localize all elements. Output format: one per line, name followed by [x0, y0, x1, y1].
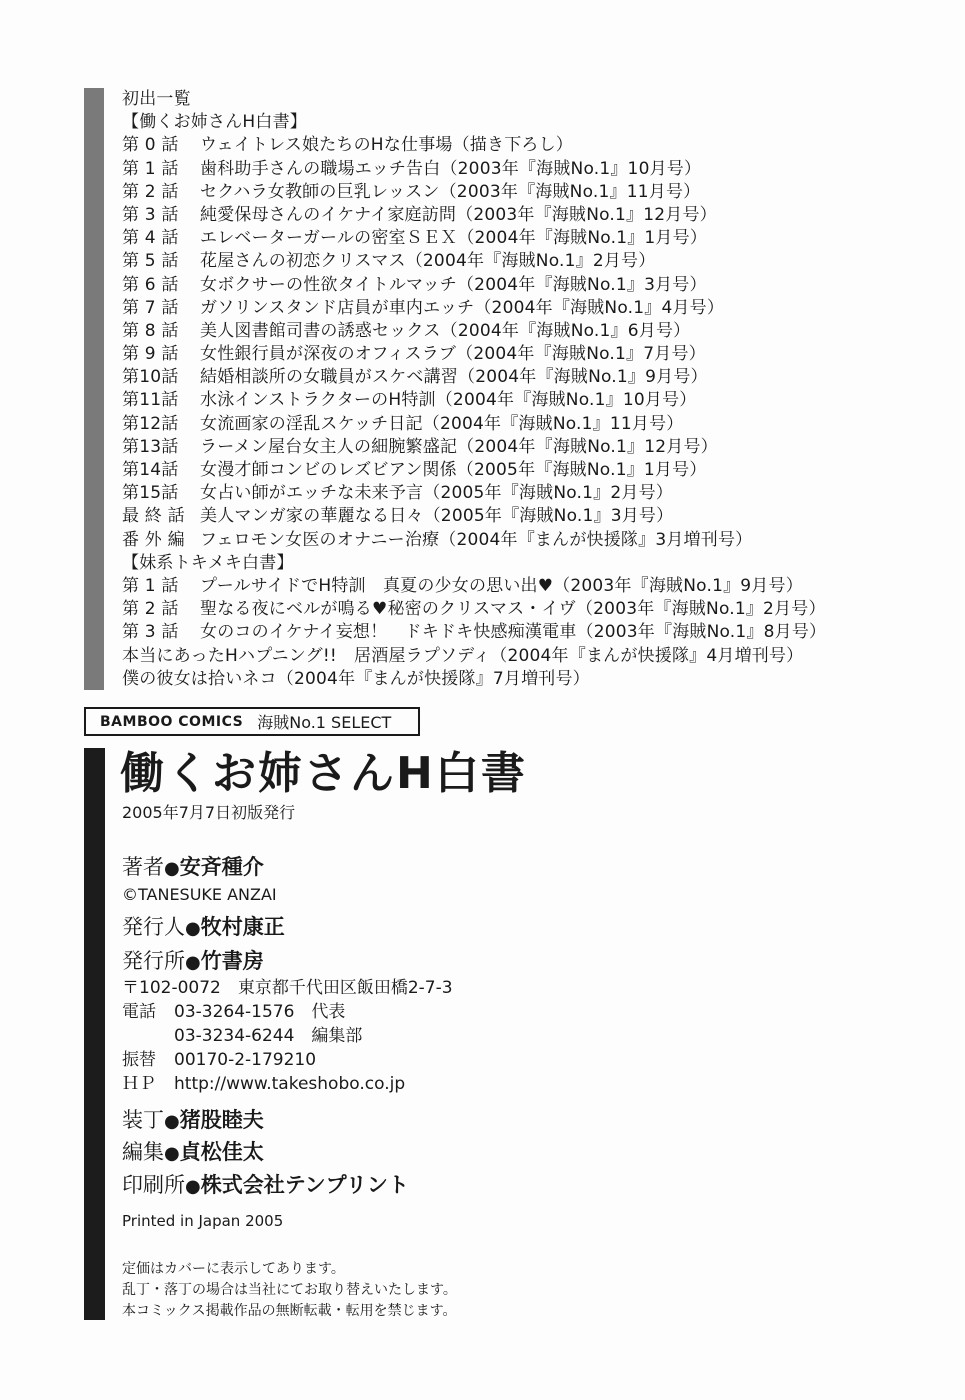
- episode-entry: 第15話女占い師がエッチな未来予言（2005年『海賊No.1』2月号）: [122, 482, 922, 505]
- episode-number: 最 終 話: [122, 505, 200, 528]
- bullet-icon: ●: [164, 1111, 180, 1132]
- episode-number: 第13話: [122, 436, 200, 459]
- episode-number: 第 3 話: [122, 621, 200, 644]
- episode-title: 水泳インストラクターのH特訓（2004年『海賊No.1』10月号）: [200, 390, 696, 410]
- credit-author: 著者●安斉種介 ©TANESUKE ANZAI: [122, 852, 277, 906]
- episode-entry: 第 1 話歯科助手さんの職場エッチ告白（2003年『海賊No.1』10月号）: [122, 158, 922, 181]
- episode-entry: 第 1 話プールサイドでH特訓 真夏の少女の思い出♥（2003年『海賊No.1』…: [122, 575, 922, 598]
- episode-title: 女流画家の淫乱スケッチ日記（2004年『海賊No.1』11月号）: [200, 414, 683, 434]
- episode-title: エレベーターガールの密室ＳＥＸ（2004年『海賊No.1』1月号）: [200, 228, 707, 248]
- episode-entry: 第 6 話女ボクサーの性欲タイトルマッチ（2004年『海賊No.1』3月号）: [122, 274, 922, 297]
- credit-value: 猪股睦夫: [180, 1108, 264, 1132]
- episode-entry: 番 外 編フェロモン女医のオナニー治療（2004年『まんが快援隊』3月増刊号）: [122, 529, 922, 552]
- episode-entry: 第 9 話女性銀行員が深夜のオフィスラブ（2004年『海賊No.1』7月号）: [122, 343, 922, 366]
- episode-title: 純愛保母さんのイケナイ家庭訪問（2003年『海賊No.1』12月号）: [200, 205, 717, 225]
- transfer-number: 00170-2-179210: [174, 1050, 316, 1070]
- episode-entry: 第 0 話ウェイトレス娘たちのHな仕事場（描き下ろし）: [122, 134, 922, 157]
- first-publication-list: 初出一覧 【働くお姉さんH白書】 第 0 話ウェイトレス娘たちのHな仕事場（描き…: [122, 88, 922, 691]
- credit-value: 牧村康正: [201, 915, 285, 939]
- credit-editor: 編集●貞松佳太: [122, 1137, 264, 1169]
- section-title: 【働くお姉さんH白書】: [122, 111, 922, 134]
- episode-number: 第 2 話: [122, 598, 200, 621]
- episode-number: 番 外 編: [122, 529, 200, 552]
- imprint-box: BAMBOO COMICS 海賊No.1 SELECT: [84, 707, 420, 736]
- episode-number: 第15話: [122, 482, 200, 505]
- episode-title: フェロモン女医のオナニー治療（2004年『まんが快援隊』3月増刊号）: [200, 530, 752, 550]
- notice-price: 定価はカバーに表示してあります。: [122, 1259, 457, 1280]
- episode-number: 第11話: [122, 389, 200, 412]
- printed-in-japan: Printed in Japan 2005: [122, 1212, 283, 1230]
- episode-entry: 第 2 話セクハラ女教師の巨乳レッスン（2003年『海賊No.1』11月号）: [122, 181, 922, 204]
- phone-label: 電話: [122, 1000, 174, 1024]
- episode-entry: 第14話女漫才師コンビのレズビアン関係（2005年『海賊No.1』1月号）: [122, 459, 922, 482]
- episode-number: 第12話: [122, 413, 200, 436]
- episode-title: 花屋さんの初恋クリスマス（2004年『海賊No.1』2月号）: [200, 251, 655, 271]
- homepage-link[interactable]: http://www.takeshobo.co.jp: [174, 1074, 405, 1094]
- credit-publisher: 発行所●竹書房: [122, 946, 264, 978]
- episode-title: 女性銀行員が深夜のオフィスラブ（2004年『海賊No.1』7月号）: [200, 344, 706, 364]
- extra-entry: 本当にあったHハプニング!! 居酒屋ラプソディ（2004年『まんが快援隊』4月増…: [122, 645, 922, 668]
- episode-title: ウェイトレス娘たちのHな仕事場（描き下ろし）: [200, 135, 573, 155]
- notice-replacement: 乱丁・落丁の場合は当社にてお取り替えいたします。: [122, 1280, 457, 1301]
- credit-label: 発行人: [122, 915, 185, 939]
- episode-number: 第10話: [122, 366, 200, 389]
- episode-entry: 第 7 話ガソリンスタンド店員が車内エッチ（2004年『海賊No.1』4月号）: [122, 297, 922, 320]
- episode-number: 第 6 話: [122, 274, 200, 297]
- credit-value: 貞松佳太: [180, 1140, 264, 1164]
- episode-number: 第 1 話: [122, 575, 200, 598]
- episode-title: ガソリンスタンド店員が車内エッチ（2004年『海賊No.1』4月号）: [200, 298, 724, 318]
- episode-number: 第 3 話: [122, 204, 200, 227]
- episode-title: 女占い師がエッチな未来予言（2005年『海賊No.1』2月号）: [200, 483, 673, 503]
- episode-title: 美人マンガ家の華麗なる日々（2005年『海賊No.1』3月号）: [200, 506, 673, 526]
- grey-side-bar: [84, 88, 104, 690]
- episode-entry: 最 終 話美人マンガ家の華麗なる日々（2005年『海賊No.1』3月号）: [122, 505, 922, 528]
- episode-entry: 第12話女流画家の淫乱スケッチ日記（2004年『海賊No.1』11月号）: [122, 413, 922, 436]
- episode-title: セクハラ女教師の巨乳レッスン（2003年『海賊No.1』11月号）: [200, 182, 700, 202]
- credit-label: 発行所: [122, 949, 185, 973]
- credit-design: 装丁●猪股睦夫: [122, 1105, 264, 1137]
- credit-printer: 印刷所●株式会社テンプリント: [122, 1170, 409, 1202]
- section-entries: 第 0 話ウェイトレス娘たちのHな仕事場（描き下ろし）第 1 話歯科助手さんの職…: [122, 134, 922, 551]
- credit-label: 編集: [122, 1140, 164, 1164]
- book-title: 働くお姉さんH白書: [120, 748, 527, 800]
- episode-number: 第14話: [122, 459, 200, 482]
- episode-entry: 第11話水泳インストラクターのH特訓（2004年『海賊No.1』10月号）: [122, 389, 922, 412]
- episode-title: 結婚相談所の女職員がスケベ講習（2004年『海賊No.1』9月号）: [200, 367, 708, 387]
- bullet-icon: ●: [185, 1176, 201, 1197]
- black-side-bar: [84, 748, 105, 1320]
- episode-title: 女ボクサーの性欲タイトルマッチ（2004年『海賊No.1』3月号）: [200, 275, 707, 295]
- episode-entry: 第10話結婚相談所の女職員がスケベ講習（2004年『海賊No.1』9月号）: [122, 366, 922, 389]
- transfer-label: 振替: [122, 1048, 174, 1072]
- episode-title: プールサイドでH特訓 真夏の少女の思い出♥（2003年『海賊No.1』9月号）: [200, 576, 803, 596]
- bullet-icon: ●: [185, 952, 201, 973]
- episode-entry: 第 8 話美人図書館司書の誘惑セックス（2004年『海賊No.1』6月号）: [122, 320, 922, 343]
- episode-title: 歯科助手さんの職場エッチ告白（2003年『海賊No.1』10月号）: [200, 159, 701, 179]
- phone-main: 03-3264-1576 代表: [174, 1002, 345, 1022]
- episode-number: 第 9 話: [122, 343, 200, 366]
- credit-value: 竹書房: [201, 949, 264, 973]
- publisher-address: 〒102-0072 東京都千代田区飯田橋2-7-3 電話03-3264-1576…: [122, 976, 453, 1096]
- bullet-icon: ●: [164, 858, 180, 879]
- bullet-icon: ●: [185, 918, 201, 939]
- credit-value: 安斉種介: [180, 855, 264, 879]
- episode-number: 第 7 話: [122, 297, 200, 320]
- copyright: ©TANESUKE ANZAI: [122, 884, 277, 906]
- episode-number: 第 0 話: [122, 134, 200, 157]
- episode-entry: 第 2 話聖なる夜にベルが鳴る♥秘密のクリスマス・イヴ（2003年『海賊No.1…: [122, 598, 922, 621]
- episode-title: 女漫才師コンビのレズビアン関係（2005年『海賊No.1』1月号）: [200, 460, 707, 480]
- credit-value: 株式会社テンプリント: [201, 1173, 409, 1197]
- episode-entry: 第 3 話純愛保母さんのイケナイ家庭訪問（2003年『海賊No.1』12月号）: [122, 204, 922, 227]
- episode-entry: 第 5 話花屋さんの初恋クリスマス（2004年『海賊No.1』2月号）: [122, 250, 922, 273]
- publish-date: 2005年7月7日初版発行: [122, 800, 295, 823]
- extra-entry: 僕の彼女は拾いネコ（2004年『まんが快援隊』7月増刊号）: [122, 668, 922, 691]
- episode-number: 第 5 話: [122, 250, 200, 273]
- notice-copyright: 本コミックス掲載作品の無断転載・転用を禁じます。: [122, 1301, 457, 1322]
- episode-entry: 第13話ラーメン屋台女主人の細腕繁盛記（2004年『海賊No.1』12月号）: [122, 436, 922, 459]
- episode-title: 聖なる夜にベルが鳴る♥秘密のクリスマス・イヴ（2003年『海賊No.1』2月号）: [200, 599, 826, 619]
- imprint-brand: BAMBOO COMICS: [100, 714, 243, 730]
- section-entries: 第 1 話プールサイドでH特訓 真夏の少女の思い出♥（2003年『海賊No.1』…: [122, 575, 922, 645]
- episode-number: 第 1 話: [122, 158, 200, 181]
- imprint-series: 海賊No.1 SELECT: [257, 710, 391, 733]
- episode-title: ラーメン屋台女主人の細腕繁盛記（2004年『海賊No.1』12月号）: [200, 437, 718, 457]
- postal-address: 〒102-0072 東京都千代田区飯田橋2-7-3: [122, 976, 453, 1000]
- episode-number: 第 4 話: [122, 227, 200, 250]
- credit-publisher-person: 発行人●牧村康正: [122, 912, 285, 944]
- episode-title: 美人図書館司書の誘惑セックス（2004年『海賊No.1』6月号）: [200, 321, 690, 341]
- first-publication-heading: 初出一覧: [122, 88, 922, 111]
- notices: 定価はカバーに表示してあります。 乱丁・落丁の場合は当社にてお取り替えいたします…: [122, 1259, 457, 1322]
- episode-number: 第 2 話: [122, 181, 200, 204]
- episode-entry: 第 3 話女のコのイケナイ妄想！ ドキドキ快感痴漢電車（2003年『海賊No.1…: [122, 621, 922, 644]
- credit-label: 著者: [122, 855, 164, 879]
- credit-label: 装丁: [122, 1108, 164, 1132]
- hp-label: ＨＰ: [122, 1072, 174, 1096]
- episode-title: 女のコのイケナイ妄想！ ドキドキ快感痴漢電車（2003年『海賊No.1』8月号）: [200, 622, 826, 642]
- credit-label: 印刷所: [122, 1173, 185, 1197]
- section-title: 【妹系トキメキ白書】: [122, 552, 922, 575]
- phone-editorial: 03-3234-6244 編集部: [174, 1026, 362, 1046]
- episode-entry: 第 4 話エレベーターガールの密室ＳＥＸ（2004年『海賊No.1』1月号）: [122, 227, 922, 250]
- bullet-icon: ●: [164, 1143, 180, 1164]
- episode-number: 第 8 話: [122, 320, 200, 343]
